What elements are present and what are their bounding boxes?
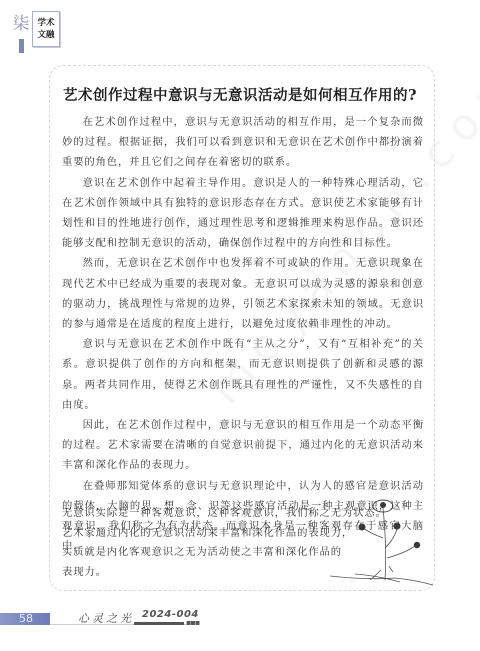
tail-line: 艺术家通过内化的无意识活动来丰富和深化作品的表现力， (62, 524, 362, 544)
column-tag-line-2: 文融 (37, 29, 54, 41)
paragraph: 在艺术创作过程中，意识与无意识活动的相互作用，是一个复杂而微妙的过程。根据证据，… (62, 112, 424, 173)
issue-underline (134, 622, 184, 625)
flower-illustration-icon (325, 488, 435, 593)
paragraph: 因此，在艺术创作过程中，意识与无意识的相互作用是一个动态平衡的过程。艺术家需要在… (62, 415, 424, 476)
article-tail: 无意识实际是一种客观意识，这种客观意识，我们称之无为状态。 艺术家通过内化的无意… (62, 504, 362, 582)
paragraph: 意识在艺术创作中起着主导作用。意识是人的一种特殊心理活动，它在艺术创作领域中具有… (62, 173, 424, 254)
tail-line: 实质就是内化客观意识之无为活动使之丰富和深化作品的 (62, 543, 362, 563)
tail-line: 无意识实际是一种客观意识，这种客观意识，我们称之无为状态。 (62, 504, 362, 524)
magazine-name: 心灵之光 (78, 610, 134, 626)
paragraph: 然而，无意识在艺术创作中也发挥着不可或缺的作用。无意识现象在现代艺术中已经成为重… (62, 253, 424, 334)
section-marker: 柒 (10, 14, 32, 53)
tail-line: 表现力。 (62, 563, 362, 583)
page-number: 58 (0, 613, 50, 625)
column-tag: 学术 文融 (32, 11, 60, 47)
footer-dots: ▪▪▪ (186, 618, 199, 627)
section-bar (19, 39, 24, 53)
article-title: 艺术创作过程中意识与无意识活动是如何相互作用的? (60, 84, 420, 105)
paragraph: 意识与无意识在艺术创作中既有“主从之分”，又有“互相补充”的关系。意识提供了创作… (62, 334, 424, 415)
section-char: 柒 (10, 14, 32, 34)
column-tag-line-1: 学术 (37, 17, 54, 29)
